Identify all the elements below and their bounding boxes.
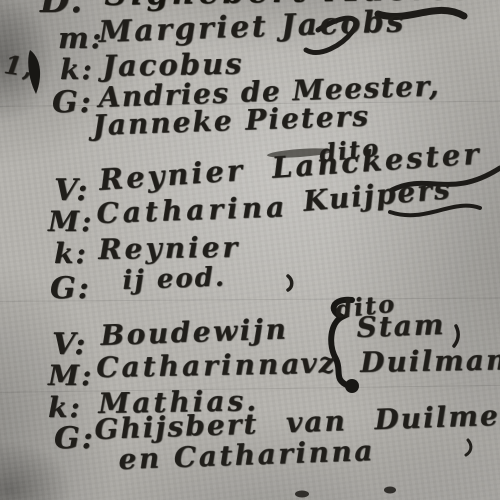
ink-blot bbox=[345, 379, 359, 393]
entry-prefix: G: bbox=[54, 424, 95, 454]
entry-prefix: k: bbox=[54, 240, 88, 268]
entry-surname: Stam bbox=[356, 311, 446, 342]
margin-number: 1, bbox=[3, 52, 36, 81]
entry-prefix: M: bbox=[48, 208, 93, 236]
ink-speck bbox=[466, 440, 471, 455]
manuscript-page: D. Sighebert Maertensz m: Margriet Jacob… bbox=[0, 0, 500, 500]
entry-prefix: k: bbox=[48, 394, 82, 422]
entry-text: ij eod. bbox=[122, 264, 226, 294]
entry-prefix: V: bbox=[52, 330, 87, 360]
entry-prefix: m: bbox=[58, 24, 103, 53]
entry-prefix: M: bbox=[48, 362, 93, 390]
entry-prefix: G: bbox=[50, 274, 91, 304]
ink-speck bbox=[454, 326, 458, 346]
entry-prefix: V: bbox=[54, 176, 89, 206]
entry-text: Reynier bbox=[98, 234, 240, 264]
entry-prefix: k: bbox=[60, 56, 94, 84]
entry-prefix: D. bbox=[40, 0, 84, 18]
ink-speck bbox=[384, 487, 396, 494]
entry-surname: vz Duilman. bbox=[300, 346, 500, 378]
entry-text: Catharina bbox=[96, 193, 289, 228]
entry-prefix: G: bbox=[52, 88, 93, 118]
ink-speck bbox=[295, 491, 309, 498]
entry-text: Boudewijn bbox=[100, 315, 289, 350]
entry-text: Catharinna bbox=[96, 350, 303, 382]
ink-speck bbox=[288, 276, 292, 290]
